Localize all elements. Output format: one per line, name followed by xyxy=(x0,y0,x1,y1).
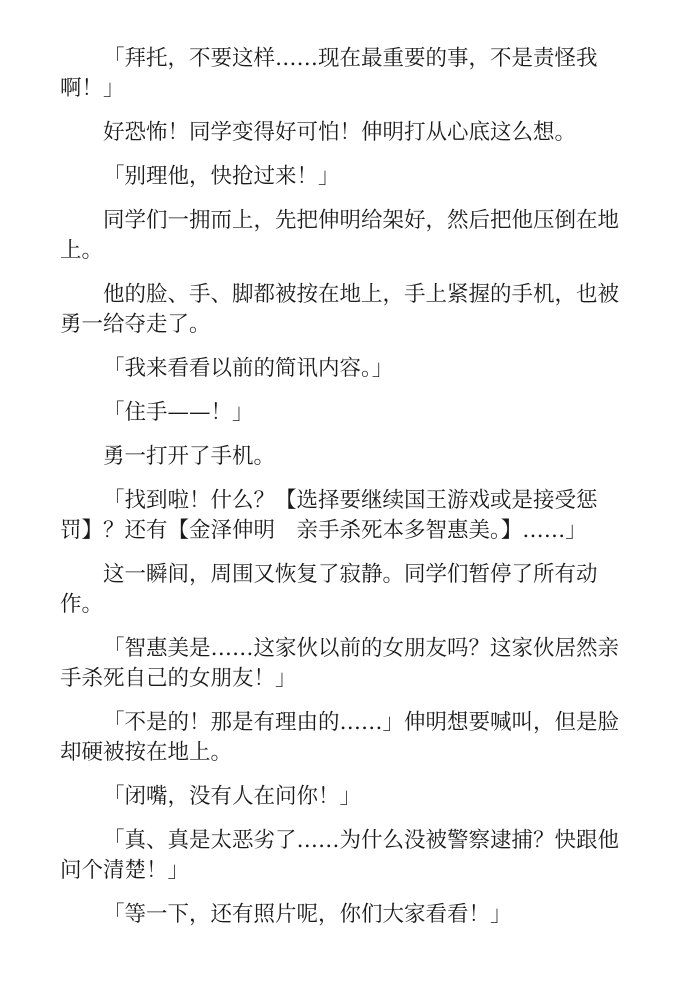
paragraph: 「智惠美是……这家伙以前的女朋友吗？这家伙居然亲手杀死自己的女朋友！」 xyxy=(60,634,638,694)
paragraph: 他的脸、手、脚都被按在地上，手上紧握的手机，也被勇一给夺走了。 xyxy=(60,280,638,340)
paragraph: 「拜托，不要这样……现在最重要的事，不是责怪我啊！」 xyxy=(60,44,638,104)
paragraph: 好恐怖！同学变得好可怕！伸明打从心底这么想。 xyxy=(60,118,638,148)
paragraph: 「我来看看以前的简讯内容。」 xyxy=(60,354,638,384)
paragraph: 勇一打开了手机。 xyxy=(60,442,638,472)
paragraph: 这一瞬间，周围又恢复了寂静。同学们暂停了所有动作。 xyxy=(60,560,638,620)
paragraph: 「住手——！」 xyxy=(60,398,638,428)
paragraph: 「不是的！那是有理由的……」伸明想要喊叫，但是脸却硬被按在地上。 xyxy=(60,708,638,768)
paragraph: 「等一下，还有照片呢，你们大家看看！」 xyxy=(60,900,638,930)
paragraph: 「闭嘴，没有人在问你！」 xyxy=(60,782,638,812)
paragraph: 「找到啦！什么？【选择要继续国王游戏或是接受惩罚】？还有【金泽伸明 亲手杀死本多… xyxy=(60,486,638,546)
paragraph: 同学们一拥而上，先把伸明给架好，然后把他压倒在地上。 xyxy=(60,206,638,266)
paragraph: 「真、真是太恶劣了……为什么没被警察逮捕？快跟他问个清楚！」 xyxy=(60,826,638,886)
paragraph: 「别理他，快抢过来！」 xyxy=(60,162,638,192)
document-page: 「拜托，不要这样……现在最重要的事，不是责怪我啊！」 好恐怖！同学变得好可怕！伸… xyxy=(60,44,638,944)
